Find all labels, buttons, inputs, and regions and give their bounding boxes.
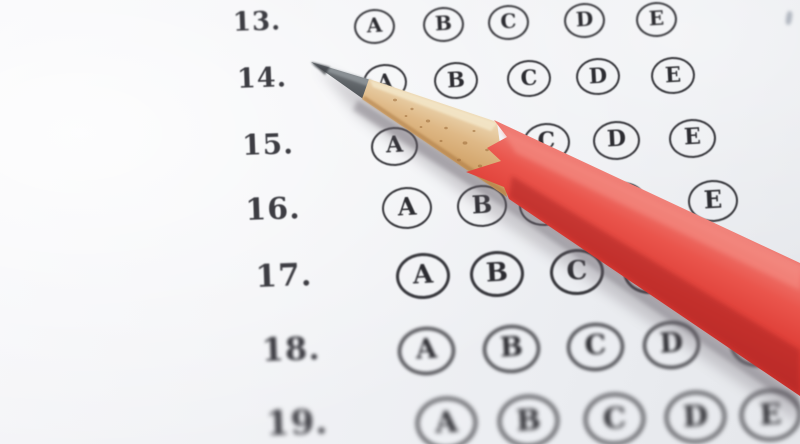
question-number-19: 19. [251,405,342,442]
answer-bubble-17-D: D [622,246,678,295]
answer-bubble-13-E: E [635,1,678,38]
question-number-14: 14. [217,64,308,94]
answer-bubble-14-D: D [575,57,621,96]
question-number-15: 15. [223,129,314,160]
question-number-17: 17. [238,259,329,293]
answer-bubble-14-E: E [650,55,696,94]
photo-answer-sheet: 13.ABCDE14.ABCDE15.ABCDE16.ABCDE17.ABCDE… [0,0,800,444]
answer-bubble-15-D: D [592,120,641,161]
answer-bubble-16-E: E [687,178,739,223]
answer-bubble-17-E: E [699,244,755,293]
answer-bubble-13-A: A [353,7,396,44]
answer-bubble-15-C: C [522,122,571,163]
answer-bubble-15-E: E [668,118,717,159]
answer-bubble-19-C: C [582,391,646,444]
answer-bubble-16-C: C [518,182,570,227]
answer-bubble-14-B: B [433,61,479,100]
answer-bubble-18-C: C [565,321,624,372]
answer-bubble-18-E: E [728,318,787,369]
answer-bubble-13-C: C [487,4,530,41]
answer-bubble-19-E: E [738,388,800,443]
answer-bubble-14-C: C [506,59,552,98]
answer-bubble-19-B: B [496,393,560,444]
answer-bubble-19-A: A [414,395,478,444]
answer-bubble-17-A: A [395,252,451,301]
answer-bubble-16-B: B [456,184,508,229]
answer-grid: 13.ABCDE14.ABCDE15.ABCDE16.ABCDE17.ABCDE… [0,0,800,444]
answer-bubble-13-D: D [563,2,606,39]
answer-bubble-17-C: C [549,248,605,297]
question-number-18: 18. [245,332,336,367]
answer-bubble-13-B: B [422,6,465,43]
answer-bubble-14-A: A [362,62,408,101]
question-number-13: 13. [212,7,303,36]
answer-bubble-18-D: D [641,320,700,371]
answer-bubble-16-D: D [596,181,648,226]
answer-bubble-19-D: D [663,389,727,444]
answer-bubble-18-A: A [396,326,455,377]
answer-bubble-15-B: B [447,123,496,164]
answer-bubble-15-A: A [370,125,419,166]
answer-bubble-18-B: B [481,323,540,374]
answer-bubble-17-B: B [469,250,525,299]
question-number-16: 16. [228,193,319,226]
answer-bubble-16-A: A [381,186,433,231]
